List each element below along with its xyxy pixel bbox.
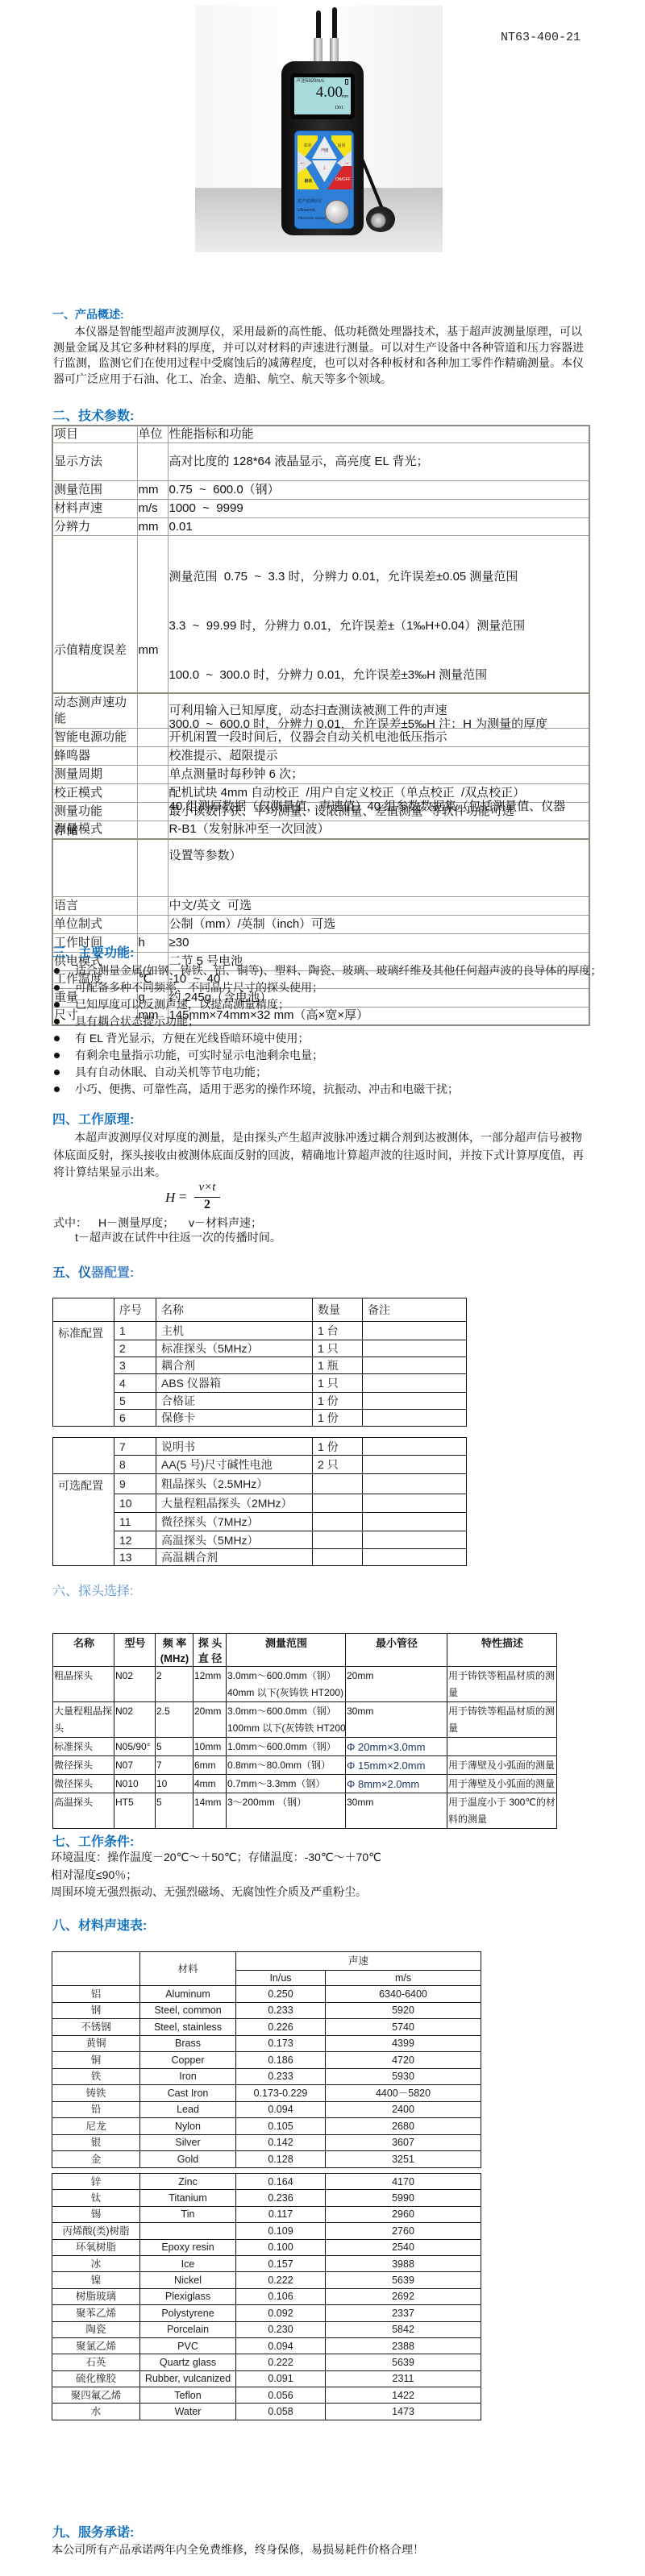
- material-m-s: 6340-6400: [326, 1986, 481, 2003]
- material-header-blank: [52, 1952, 140, 1986]
- probe-desc: 用于薄壁及小弧面的测量: [447, 1756, 557, 1775]
- key-speed-label: 声速: [320, 148, 328, 153]
- probe-model: N02: [114, 1667, 156, 1702]
- lcd-memory: D01: [335, 106, 343, 111]
- config-note: [363, 1357, 467, 1374]
- material-m-s: 2692: [326, 2288, 481, 2304]
- material-m-s: 2400: [326, 2101, 481, 2118]
- material-cn: 石英: [52, 2354, 140, 2370]
- arrow-left-icon: ←: [299, 160, 306, 166]
- material-m-s: 5740: [326, 2019, 481, 2036]
- probe-freq: 5: [156, 1793, 193, 1829]
- material-row: 聚苯乙烯 Polystyrene 0.092 2337: [52, 2305, 481, 2321]
- spec-row: 分辨力 mm 0.01: [52, 518, 589, 536]
- battery-icon: [345, 79, 348, 85]
- section-title-overview: 一、产品概述:: [52, 306, 124, 322]
- principle-paragraph: 本超声波测厚仪对厚度的测量，是由探头产生超声波脉冲透过耦合剂到达被测体，一部分超…: [53, 1129, 618, 1182]
- spec-item: 测量范围: [52, 481, 137, 500]
- material-table-2: 锌 Zinc 0.164 4170 钛 Titanium 0.236 5990 …: [52, 2173, 481, 2420]
- probe-cable-right: [332, 7, 337, 39]
- spec-row: 测量范围 mm 0.75 ~ 600.0（钢）: [52, 481, 589, 500]
- config-header-group: [53, 1298, 114, 1322]
- function-item: 有剩余电量指示功能，可实时显示电池剩余电量；: [53, 1047, 618, 1064]
- function-item: 可配备多种不同频率、不同晶片尺寸的探头使用；: [53, 979, 618, 996]
- section-title-service: 九、服务承诺:: [52, 2525, 134, 2541]
- probe-range-line: 3.0mm～600.0mm（钢）: [227, 1668, 345, 1685]
- material-cn: 环氧树脂: [52, 2239, 140, 2255]
- material-cn: 铁: [52, 2068, 140, 2085]
- function-text: 小巧、便携、可靠性高，适用于恶劣的操作环境，抗振动、冲击和电磁干扰；: [75, 1082, 459, 1095]
- bullet-icon: [54, 968, 60, 974]
- formula-denominator: 2: [194, 1198, 220, 1212]
- probe-desc: [447, 1738, 557, 1756]
- material-in-us: 0.157: [236, 2255, 326, 2271]
- config-no: 5: [114, 1393, 156, 1410]
- service-paragraph: 本公司所有产品承诺两年内全免费维修，终身保修，易损易耗件价格合理！: [52, 2541, 616, 2557]
- config-qty: 1 份: [313, 1393, 363, 1410]
- config-row: 11 微径探头（7MHz）: [53, 1513, 467, 1531]
- principle-line: 体底面反射，探头接收由被测体底面反射的回波，精确地计算超声波的往返时间，并按下式…: [53, 1147, 618, 1165]
- material-cn: 金: [52, 2151, 140, 2168]
- function-item: 小巧、便携、可靠性高，适用于恶劣的操作环境，抗振动、冲击和电磁干扰；: [53, 1081, 618, 1098]
- config-no: 11: [114, 1513, 156, 1531]
- probe-row: 标准探头 N05/90° 5 10mm 1.0mm～600.0mm（钢） Φ 2…: [53, 1738, 557, 1756]
- material-row: 铅 Lead 0.094 2400: [52, 2101, 481, 2118]
- material-header-m-s: m/s: [326, 1971, 481, 1986]
- material-m-s: 1473: [326, 2404, 481, 2420]
- spec-unit: mm: [137, 518, 168, 536]
- probe-header-desc: 特性描述: [447, 1634, 557, 1667]
- arrow-down-icon: ↓: [323, 164, 327, 171]
- material-en: Water: [140, 2404, 236, 2420]
- material-in-us: 0.117: [236, 2206, 326, 2222]
- material-m-s: 5842: [326, 2321, 481, 2337]
- material-cn: 水: [52, 2404, 140, 2420]
- probe-freq: 2: [156, 1667, 193, 1702]
- config-note: [363, 1513, 467, 1531]
- material-header-speed: 声速: [236, 1952, 481, 1971]
- probe-range-line: 1.0mm～600.0mm（钢）: [227, 1739, 345, 1755]
- principle-line: 本超声波测厚仪对厚度的测量，是由探头产生超声波脉冲透过耦合剂到达被测体，一部分超…: [53, 1129, 618, 1147]
- lcd-unit: mm: [342, 94, 348, 99]
- config-header-qty: 数量: [313, 1298, 363, 1322]
- material-in-us: 0.226: [236, 2019, 326, 2036]
- config-note: [363, 1549, 467, 1566]
- spec-row: 语言 中文/英文 可选: [52, 896, 589, 915]
- spec-item: 语言: [52, 896, 137, 915]
- config-qty: 1 份: [313, 1438, 363, 1456]
- material-cn: 硫化橡胶: [52, 2370, 140, 2387]
- material-rows-2: 锌 Zinc 0.164 4170 钛 Titanium 0.236 5990 …: [52, 2174, 481, 2420]
- material-m-s: 3988: [326, 2255, 481, 2271]
- material-row: 钛 Titanium 0.236 5990: [52, 2190, 481, 2206]
- spec-row: 单位制式 公制（mm）/英制（inch）可选: [52, 915, 589, 933]
- probe-row: 微径探头 N010 10 4mm 0.7mm～3.3mm（钢） Φ 8mm×2.…: [53, 1775, 557, 1793]
- probe-model: N02: [114, 1702, 156, 1738]
- material-en: Cast Iron: [140, 2085, 236, 2102]
- config-note: [363, 1410, 467, 1427]
- probe-header-min-pipe: 最小管径: [346, 1634, 447, 1667]
- key-back: 返回: [331, 135, 352, 156]
- material-m-s: 4400－5820: [326, 2085, 481, 2102]
- probe-desc: 用于铸铁等粗晶材质的测量: [447, 1702, 557, 1738]
- probe-diameter: 20mm: [193, 1702, 227, 1738]
- probe-min-pipe: 30mm: [346, 1702, 447, 1738]
- material-in-us: 0.058: [236, 2404, 326, 2420]
- probe-header-name: 名称: [53, 1634, 114, 1667]
- section-title-principle: 四、工作原理:: [52, 1112, 134, 1128]
- probe-header-freq: 频 率 (MHz): [156, 1634, 193, 1667]
- material-cn: 聚苯乙烯: [52, 2305, 140, 2321]
- overview-line: 本仪器是智能型超声波测厚仪，采用最新的高性能、低功耗微处理器技术，基于超声波测量…: [53, 324, 618, 340]
- material-en: Quartz glass: [140, 2354, 236, 2370]
- material-row: 铸铁 Cast Iron 0.173-0.229 4400－5820: [52, 2085, 481, 2102]
- material-in-us: 0.142: [236, 2134, 326, 2151]
- principle-line: 将计算结果显示出来。: [53, 1164, 618, 1182]
- material-m-s: 5930: [326, 2068, 481, 2085]
- spec-row: 存储 40 组测厚数据（仅测量值，声速值）40 组参数数据集（包括测量值、仪器 …: [52, 765, 589, 896]
- material-cn: 尼龙: [52, 2118, 140, 2135]
- probe-header-diameter-line: 探 头: [194, 1635, 226, 1651]
- conditions-paragraph: 环境温度：操作温度－20℃～＋50℃；存储温度：-30℃～＋70℃ 相对湿度≤9…: [51, 1849, 615, 1901]
- config-name: 耦合剂: [156, 1357, 313, 1374]
- spec-row: 材料声速 m/s 1000 ~ 9999: [52, 500, 589, 518]
- spec-item: 存储: [52, 765, 137, 896]
- config-qty: [313, 1531, 363, 1549]
- key-power-label: ON/OFF: [335, 177, 351, 182]
- config-name: 高温探头（5MHz）: [156, 1531, 313, 1549]
- function-item: 已知厚度可以反测声速，以提高测量精度；: [53, 996, 618, 1013]
- function-text: 具有自动休眠、自动关机等节电功能；: [75, 1066, 267, 1078]
- key-back-label: 返回: [337, 143, 345, 148]
- config-qty: [313, 1549, 363, 1566]
- config-note: [363, 1474, 467, 1494]
- config-row: 6 保修卡 1 份: [53, 1410, 467, 1427]
- config-no: 8: [114, 1456, 156, 1474]
- spec-value: 40 组测厚数据（仅测量值，声速值）40 组参数数据集（包括测量值、仪器 设置等…: [168, 765, 589, 896]
- config-no: 13: [114, 1549, 156, 1566]
- probe-table: 名称 型号 频 率 (MHz) 探 头 直 径 测量范围 最小管径 特性描述 粗…: [52, 1633, 557, 1829]
- config-name: 说明书: [156, 1438, 313, 1456]
- probe-min-pipe: Φ 15mm×2.0mm: [346, 1756, 447, 1775]
- material-row: 水 Water 0.058 1473: [52, 2404, 481, 2420]
- material-cn: 钢: [52, 2002, 140, 2019]
- spec-value-line: 3.3 ~ 99.99 时，分辨力 0.01，允许误差±（1‰H+0.04）测量…: [169, 617, 589, 634]
- probe-model: N07: [114, 1756, 156, 1775]
- probe-desc: 用于铸铁等粗晶材质的测量: [447, 1667, 557, 1702]
- section-title-functions: 三、主要功能:: [52, 945, 134, 962]
- material-en: Silver: [140, 2134, 236, 2151]
- material-m-s: 2540: [326, 2239, 481, 2255]
- material-cn: 锌: [52, 2174, 140, 2190]
- material-m-s: 3251: [326, 2151, 481, 2168]
- probe-freq: 10: [156, 1775, 193, 1793]
- config-header-name: 名称: [156, 1298, 313, 1322]
- config-row: 可选配置 9 粗晶探头（2.5MHz）: [53, 1474, 467, 1494]
- spec-value: 0.01: [168, 518, 589, 536]
- formula-equals: =: [179, 1189, 187, 1205]
- overview-line: 测量金属及其它多种材料的厚度，并可以对材料的声速进行测量。可以对生产设备中各种管…: [53, 340, 618, 356]
- model-number: NT63-400-21: [501, 31, 580, 44]
- material-m-s: 2388: [326, 2337, 481, 2354]
- material-in-us: 0.105: [236, 2118, 326, 2135]
- probe-min-pipe: Φ 8mm×2.0mm: [346, 1775, 447, 1793]
- material-cn: 钛: [52, 2190, 140, 2206]
- probe-min-pipe: Φ 20mm×3.0mm: [346, 1738, 447, 1756]
- config-row: 8 AA(5 号)尺寸碱性电池 2 只: [53, 1456, 467, 1474]
- material-cn: 锡: [52, 2206, 140, 2222]
- probe-range: 3～200mm （钢）: [227, 1793, 346, 1829]
- probe-range: 3.0mm～600.0mm（钢） 100mm 以下(灰铸铁 HT200): [227, 1702, 346, 1738]
- config-no: 12: [114, 1531, 156, 1549]
- probe-freq: 5: [156, 1738, 193, 1756]
- section-title-config: 五、仪器配置:: [52, 1265, 134, 1282]
- function-text: 有 EL 背光显示，方便在光线昏暗环境中使用；: [75, 1032, 309, 1045]
- material-m-s: 5920: [326, 2002, 481, 2019]
- config-no: 7: [114, 1438, 156, 1456]
- probe-name: 标准探头: [53, 1738, 114, 1756]
- formula-legend-h: H－测量厚度；: [98, 1215, 174, 1230]
- spec-unit: [137, 896, 168, 915]
- probe-name: 微径探头: [53, 1756, 114, 1775]
- probe-header-freq-line: 频 率: [156, 1635, 193, 1651]
- spec-unit: mm: [137, 481, 168, 500]
- config-qty: 1 瓶: [313, 1357, 363, 1374]
- key-menu: 菜单: [298, 135, 318, 156]
- material-row: 不锈钢 Steel, stainless 0.226 5740: [52, 2019, 481, 2036]
- probe-header-freq-line: (MHz): [156, 1651, 193, 1666]
- material-in-us: 0.233: [236, 2002, 326, 2019]
- probe-header-range: 测量范围: [227, 1634, 346, 1667]
- material-en: Gold: [140, 2151, 236, 2168]
- material-m-s: 2311: [326, 2370, 481, 2387]
- material-in-us: 0.222: [236, 2354, 326, 2370]
- probe-row: 大量程粗晶探头 N02 2.5 20mm 3.0mm～600.0mm（钢） 10…: [53, 1702, 557, 1738]
- material-cn: 铝: [52, 1986, 140, 2003]
- material-in-us: 0.250: [236, 1986, 326, 2003]
- probe-row: 粗晶探头 N02 2 12mm 3.0mm～600.0mm（钢） 40mm 以下…: [53, 1667, 557, 1702]
- material-in-us: 0.186: [236, 2052, 326, 2069]
- spec-unit: [137, 746, 168, 765]
- config-name: 粗晶探头（2.5MHz）: [156, 1474, 313, 1494]
- probe-name: 高温探头: [53, 1793, 114, 1829]
- bullet-icon: [54, 1002, 60, 1008]
- config-row: 3 耦合剂 1 瓶: [53, 1357, 467, 1374]
- lcd-screen: 声速5920m/s 4.00 mm D01: [294, 77, 351, 114]
- config-row: 4 ABS 仪器箱 1 只: [53, 1374, 467, 1393]
- material-en: Lead: [140, 2101, 236, 2118]
- material-row: 聚四氟乙烯 Teflon 0.056 1422: [52, 2387, 481, 2404]
- spec-unit: [137, 765, 168, 896]
- probe-range: 0.7mm～3.3mm（钢）: [227, 1775, 346, 1793]
- overview-line: 器可广泛应用于石油、化工、冶金、造船、航空、航天等多个领域。: [53, 372, 618, 388]
- cable-connector-left: [314, 38, 322, 62]
- spec-value: 开机闲置一段时间后，仪器会自动关机电池低压指示: [168, 728, 589, 746]
- spec-item: 蜂鸣器: [52, 746, 137, 765]
- material-in-us: 0.164: [236, 2174, 326, 2190]
- material-row: 锌 Zinc 0.164 4170: [52, 2174, 481, 2190]
- spec-value: 1000 ~ 9999: [168, 500, 589, 518]
- config-header-no: 序号: [114, 1298, 156, 1322]
- material-row: 铜 Copper 0.186 4720: [52, 2052, 481, 2069]
- material-cn: 聚氯乙烯: [52, 2337, 140, 2354]
- probe-range-line: 100mm 以下(灰铸铁 HT200): [227, 1720, 345, 1737]
- formula-legend-t: t－超声波在试件中往返一次的传播时间。: [75, 1230, 281, 1244]
- function-item: 有 EL 背光显示，方便在光线昏暗环境中使用；: [53, 1030, 618, 1047]
- material-row: 银 Silver 0.142 3607: [52, 2134, 481, 2151]
- material-en: Nickel: [140, 2272, 236, 2288]
- probe-range-line: 3～200mm （钢）: [227, 1794, 345, 1811]
- material-cn: 树脂玻璃: [52, 2288, 140, 2304]
- config-name: 合格证: [156, 1393, 313, 1410]
- config-qty: [313, 1513, 363, 1531]
- condition-line: 相对湿度≤90％；: [51, 1867, 615, 1884]
- material-m-s: 4170: [326, 2174, 481, 2190]
- config-no: 9: [114, 1474, 156, 1494]
- spec-item: 单位制式: [52, 915, 137, 933]
- config-row: 7 说明书 1 份: [53, 1438, 467, 1456]
- probe-range: 3.0mm～600.0mm（钢） 40mm 以下(灰铸铁 HT200): [227, 1667, 346, 1702]
- spec-item: 动态测声速功能: [52, 693, 137, 728]
- formula-numerator: v×t: [194, 1181, 220, 1195]
- material-m-s: 4720: [326, 2052, 481, 2069]
- spec-row: 动态测声速功能 可利用输入已知厚度，动态扫查测读被测工件的声速: [52, 693, 589, 728]
- material-row: 陶瓷 Porcelain 0.230 5842: [52, 2321, 481, 2337]
- config-note: [363, 1531, 467, 1549]
- probe-range: 1.0mm～600.0mm（钢）: [227, 1738, 346, 1756]
- material-m-s: 4399: [326, 2035, 481, 2052]
- material-en: Copper: [140, 2052, 236, 2069]
- material-table-1: 材料 声速 In/us m/s 铝 Aluminum 0.250 6340-64…: [52, 1951, 481, 2168]
- material-cn: 冰: [52, 2255, 140, 2271]
- config-note: [363, 1456, 467, 1474]
- probe-diameter: 12mm: [193, 1667, 227, 1702]
- material-m-s: 3607: [326, 2134, 481, 2151]
- material-m-s: 2760: [326, 2223, 481, 2239]
- material-cn: 银: [52, 2134, 140, 2151]
- config-row: 2 标准探头（5MHz） 1 只: [53, 1340, 467, 1357]
- spec-row: 蜂鸣器 校准提示、超限提示: [52, 746, 589, 765]
- keypad: 菜单 返回 ↑ 声速 ← → ↓ 确认 校准 ON/OFF 超声波测厚仪 Ult…: [294, 131, 354, 229]
- formula-legend-prefix: 式中：: [53, 1215, 87, 1230]
- spec-unit: m/s: [137, 500, 168, 518]
- material-header-material: 材料: [140, 1952, 236, 1986]
- bullet-icon: [54, 1019, 60, 1024]
- material-en: Titanium: [140, 2190, 236, 2206]
- material-row: 冰 Ice 0.157 3988: [52, 2255, 481, 2271]
- material-row: 铁 Iron 0.233 5930: [52, 2068, 481, 2085]
- material-en: PVC: [140, 2337, 236, 2354]
- config-no: 6: [114, 1410, 156, 1427]
- spec-value: ≥30: [168, 933, 589, 952]
- spec-item: 分辨力: [52, 518, 137, 536]
- material-row: 聚氯乙烯 PVC 0.094 2388: [52, 2337, 481, 2354]
- material-in-us: 0.128: [236, 2151, 326, 2168]
- formula-legend-v: v－材料声速；: [189, 1215, 262, 1230]
- config-qty: 1 台: [313, 1322, 363, 1340]
- material-en: Teflon: [140, 2387, 236, 2404]
- spec-unit: [137, 443, 168, 481]
- config-name: 高温耦合剂: [156, 1549, 313, 1566]
- probe-diameter: 10mm: [193, 1738, 227, 1756]
- material-row: 树脂玻璃 Plexiglass 0.106 2692: [52, 2288, 481, 2304]
- material-row: 石英 Quartz glass 0.222 5639: [52, 2354, 481, 2370]
- material-row: 金 Gold 0.128 3251: [52, 2151, 481, 2168]
- material-en: Tin: [140, 2206, 236, 2222]
- function-item: 适合测量金属(如钢、铸铁、铝、铜等)、塑料、陶瓷、玻璃、玻璃纤维及其他任何超声波…: [53, 962, 618, 979]
- material-in-us: 0.236: [236, 2190, 326, 2206]
- material-cn: 陶瓷: [52, 2321, 140, 2337]
- probe-range-line: 0.7mm～3.3mm（钢）: [227, 1776, 345, 1793]
- probe-row: 高温探头 HT5 5 14mm 3～200mm （钢） 30mm 用于温度小于 …: [53, 1793, 557, 1829]
- config-row: 10 大量程粗晶探头（2MHz）: [53, 1494, 467, 1513]
- function-item: 具有耦合状态提示功能；: [53, 1013, 618, 1030]
- config-table-standard: 序号 名称 数量 备注 标准配置 1 主机 1 台 2 标准探头（5MHz） 1…: [52, 1298, 467, 1427]
- material-en: Ice: [140, 2255, 236, 2271]
- function-item: 具有自动休眠、自动关机等节电功能；: [53, 1064, 618, 1081]
- probe-min-pipe: 30mm: [346, 1793, 447, 1829]
- config-name: AA(5 号)尺寸碱性电池: [156, 1456, 313, 1474]
- spec-item: 智能电源功能: [52, 728, 137, 746]
- material-in-us: 0.056: [236, 2387, 326, 2404]
- material-en: Steel, stainless: [140, 2019, 236, 2036]
- spec-value: 可利用输入已知厚度，动态扫查测读被测工件的声速: [168, 693, 589, 728]
- spec-item: 材料声速: [52, 500, 137, 518]
- config-name: 保修卡: [156, 1410, 313, 1427]
- key-down: ↓: [312, 160, 337, 182]
- bullet-icon: [54, 1036, 60, 1041]
- config-note: [363, 1374, 467, 1393]
- bullet-icon: [54, 985, 60, 991]
- material-m-s: 2337: [326, 2305, 481, 2321]
- material-rows-1: 铝 Aluminum 0.250 6340-6400 钢 Steel, comm…: [52, 1986, 481, 2168]
- config-note: [363, 1322, 467, 1340]
- material-row: 环氧树脂 Epoxy resin 0.100 2540: [52, 2239, 481, 2255]
- probe-cable-left: [316, 10, 321, 39]
- config-note: [363, 1438, 467, 1456]
- config-group-standard: 标准配置: [53, 1322, 114, 1427]
- config-no: 10: [114, 1494, 156, 1513]
- config-note: [363, 1340, 467, 1357]
- material-in-us: 0.173-0.229: [236, 2085, 326, 2102]
- lcd-reading: 4.00: [316, 84, 343, 102]
- material-en: [140, 2223, 236, 2239]
- spec-value-line: 40 组测厚数据（仅测量值，声速值）40 组参数数据集（包括测量值、仪器: [169, 798, 589, 815]
- material-en: Nylon: [140, 2118, 236, 2135]
- material-in-us: 0.092: [236, 2305, 326, 2321]
- probe-desc: 用于薄壁及小弧面的测量: [447, 1775, 557, 1793]
- spec-header-item: 项目: [52, 426, 137, 443]
- config-row: 12 高温探头（5MHz）: [53, 1531, 467, 1549]
- bullet-icon: [54, 1070, 60, 1075]
- material-row: 尼龙 Nylon 0.105 2680: [52, 2118, 481, 2135]
- material-m-s: 5990: [326, 2190, 481, 2206]
- material-en: Plexiglass: [140, 2288, 236, 2304]
- config-qty: 1 只: [313, 1340, 363, 1357]
- config-qty: [313, 1474, 363, 1494]
- spec-value-line: 测量范围 0.75 ~ 3.3 时，分辨力 0.01，允许误差±0.05 测量范…: [169, 568, 589, 585]
- spec-unit: h: [137, 933, 168, 952]
- config-group-optional: 可选配置: [53, 1474, 114, 1566]
- config-row: 13 高温耦合剂: [53, 1549, 467, 1566]
- spec-unit: [137, 915, 168, 933]
- probe-desc: 用于温度小于 300℃的材料的测量: [447, 1793, 557, 1829]
- function-text: 已知厚度可以反测声速，以提高测量精度；: [75, 998, 289, 1011]
- config-qty: 2 只: [313, 1456, 363, 1474]
- formula-lhs: H: [165, 1190, 175, 1206]
- material-cn: 丙烯酸(类)树脂: [52, 2223, 140, 2239]
- spec-value: 中文/英文 可选: [168, 896, 589, 915]
